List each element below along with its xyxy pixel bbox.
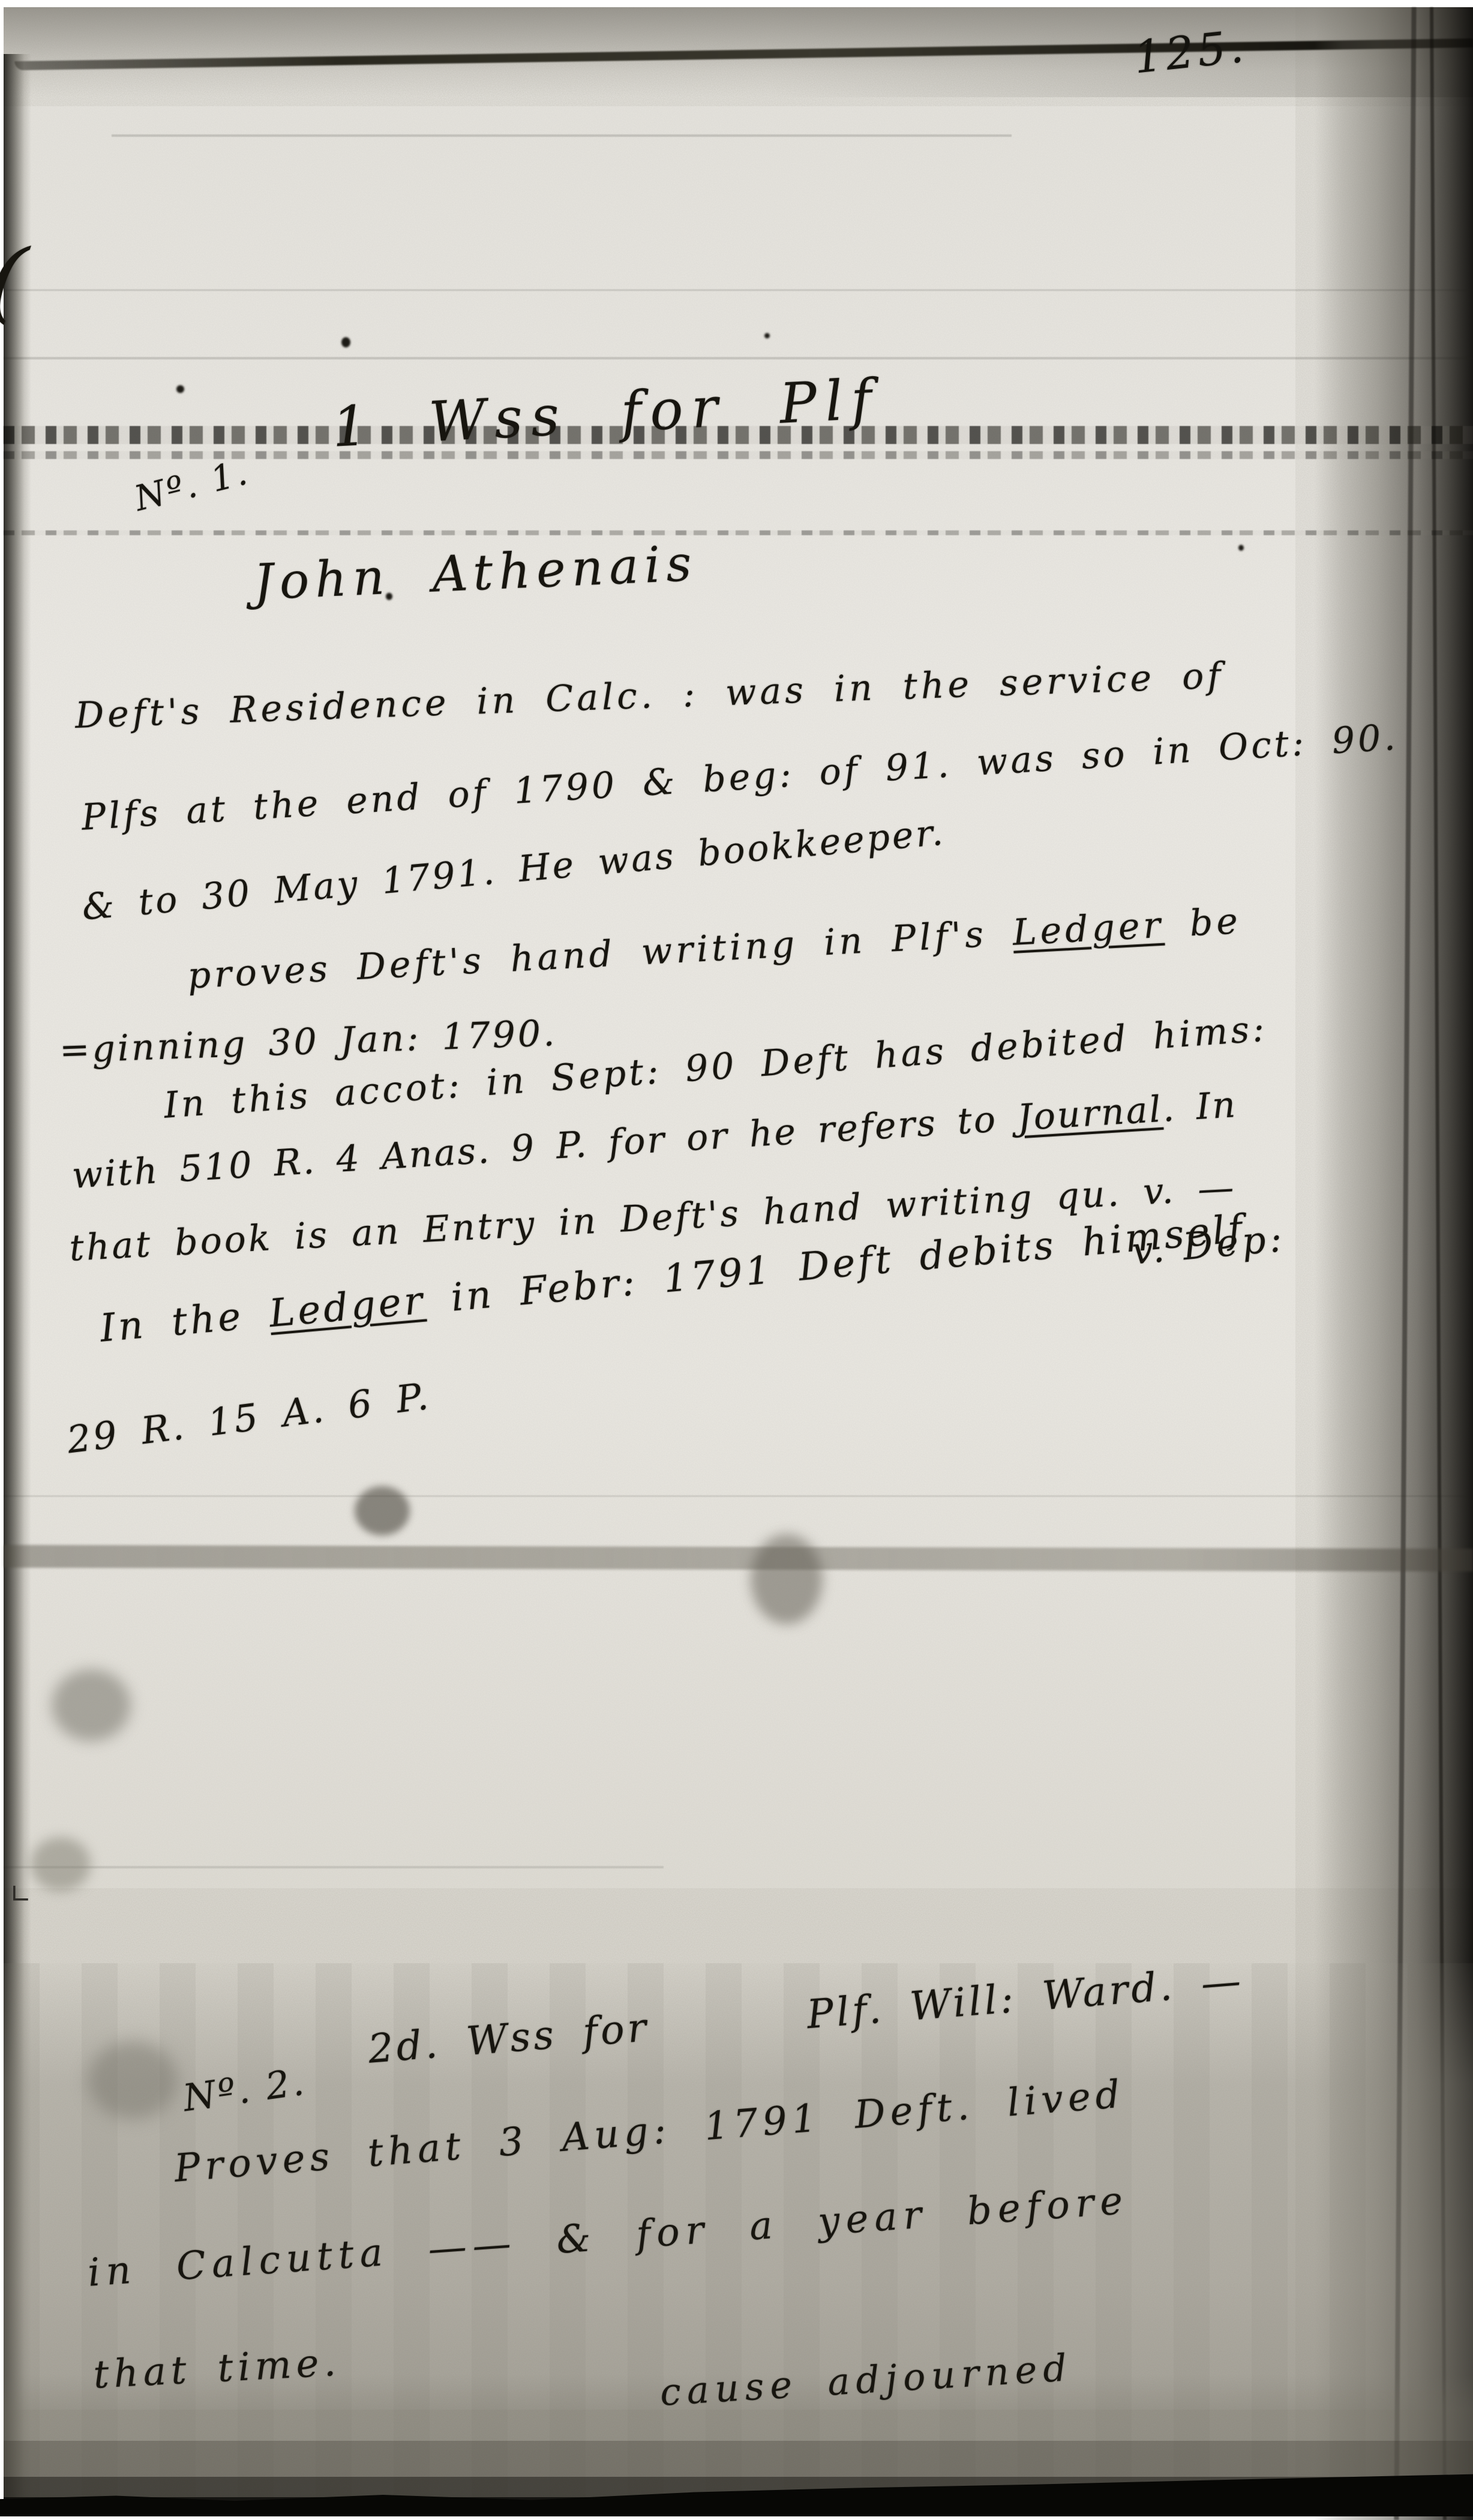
entry1-margin-label: Nº. 1.	[131, 453, 253, 518]
ink-stain	[751, 1534, 823, 1624]
entry1-line-4: proves Deft's hand writing in Plf's Ledg…	[187, 901, 1242, 996]
entry1-heading: 1 Wss for Plf	[331, 368, 881, 458]
scan-artifact-line	[4, 1495, 1473, 1497]
handwritten-text: Deft's Residence in Calc. : was in the s…	[74, 655, 1225, 737]
entry1-line-2: Plfs at the end of 1790 & beg: of 91. wa…	[80, 718, 1399, 838]
horizontal-rule-band	[4, 1545, 1473, 1571]
underlined-word-ledger: Ledger	[268, 1279, 427, 1336]
scan-artifact-dotted-band	[4, 530, 1473, 535]
handwritten-text: be	[1163, 900, 1242, 946]
scanned-manuscript-page: ( ∟ 125. Nº. 1. 1 Wss for Plf John Athen…	[4, 7, 1473, 2513]
scan-artifact-line	[4, 1866, 664, 1868]
ink-speck	[176, 385, 184, 393]
underlined-word-ledger: Ledger	[1012, 904, 1165, 954]
handwritten-text: proves Deft's hand writing in Plf's	[187, 912, 1014, 997]
witness-name: John Athenais	[253, 537, 698, 610]
handwritten-text: 29 R. 15 A. 6 P.	[65, 1374, 433, 1462]
ink-speck	[1238, 545, 1244, 551]
underlined-word-journal: Journal	[1016, 1088, 1164, 1139]
ink-stain	[355, 1486, 410, 1535]
ink-stain	[88, 2041, 178, 2119]
scan-artifact-line	[4, 357, 1473, 359]
ink-stain	[52, 1669, 131, 1741]
entry1-line-1: Deft's Residence in Calc. : was in the s…	[74, 656, 1225, 736]
scan-artifact-line	[4, 289, 1473, 291]
ink-speck	[764, 333, 770, 338]
handwritten-text: In the	[98, 1292, 271, 1351]
edge-mark-angle: ∟	[10, 1879, 32, 1910]
page-number: 125.	[1132, 22, 1249, 83]
scan-artifact-line	[112, 134, 1012, 137]
handwritten-text: Plfs at the end of 1790 & beg: of 91. wa…	[80, 716, 1399, 839]
handwritten-text: . In	[1161, 1084, 1238, 1130]
entry1-line-10: 29 R. 15 A. 6 P.	[65, 1376, 433, 1461]
ink-stain	[31, 1837, 91, 1891]
ink-speck	[341, 337, 350, 347]
